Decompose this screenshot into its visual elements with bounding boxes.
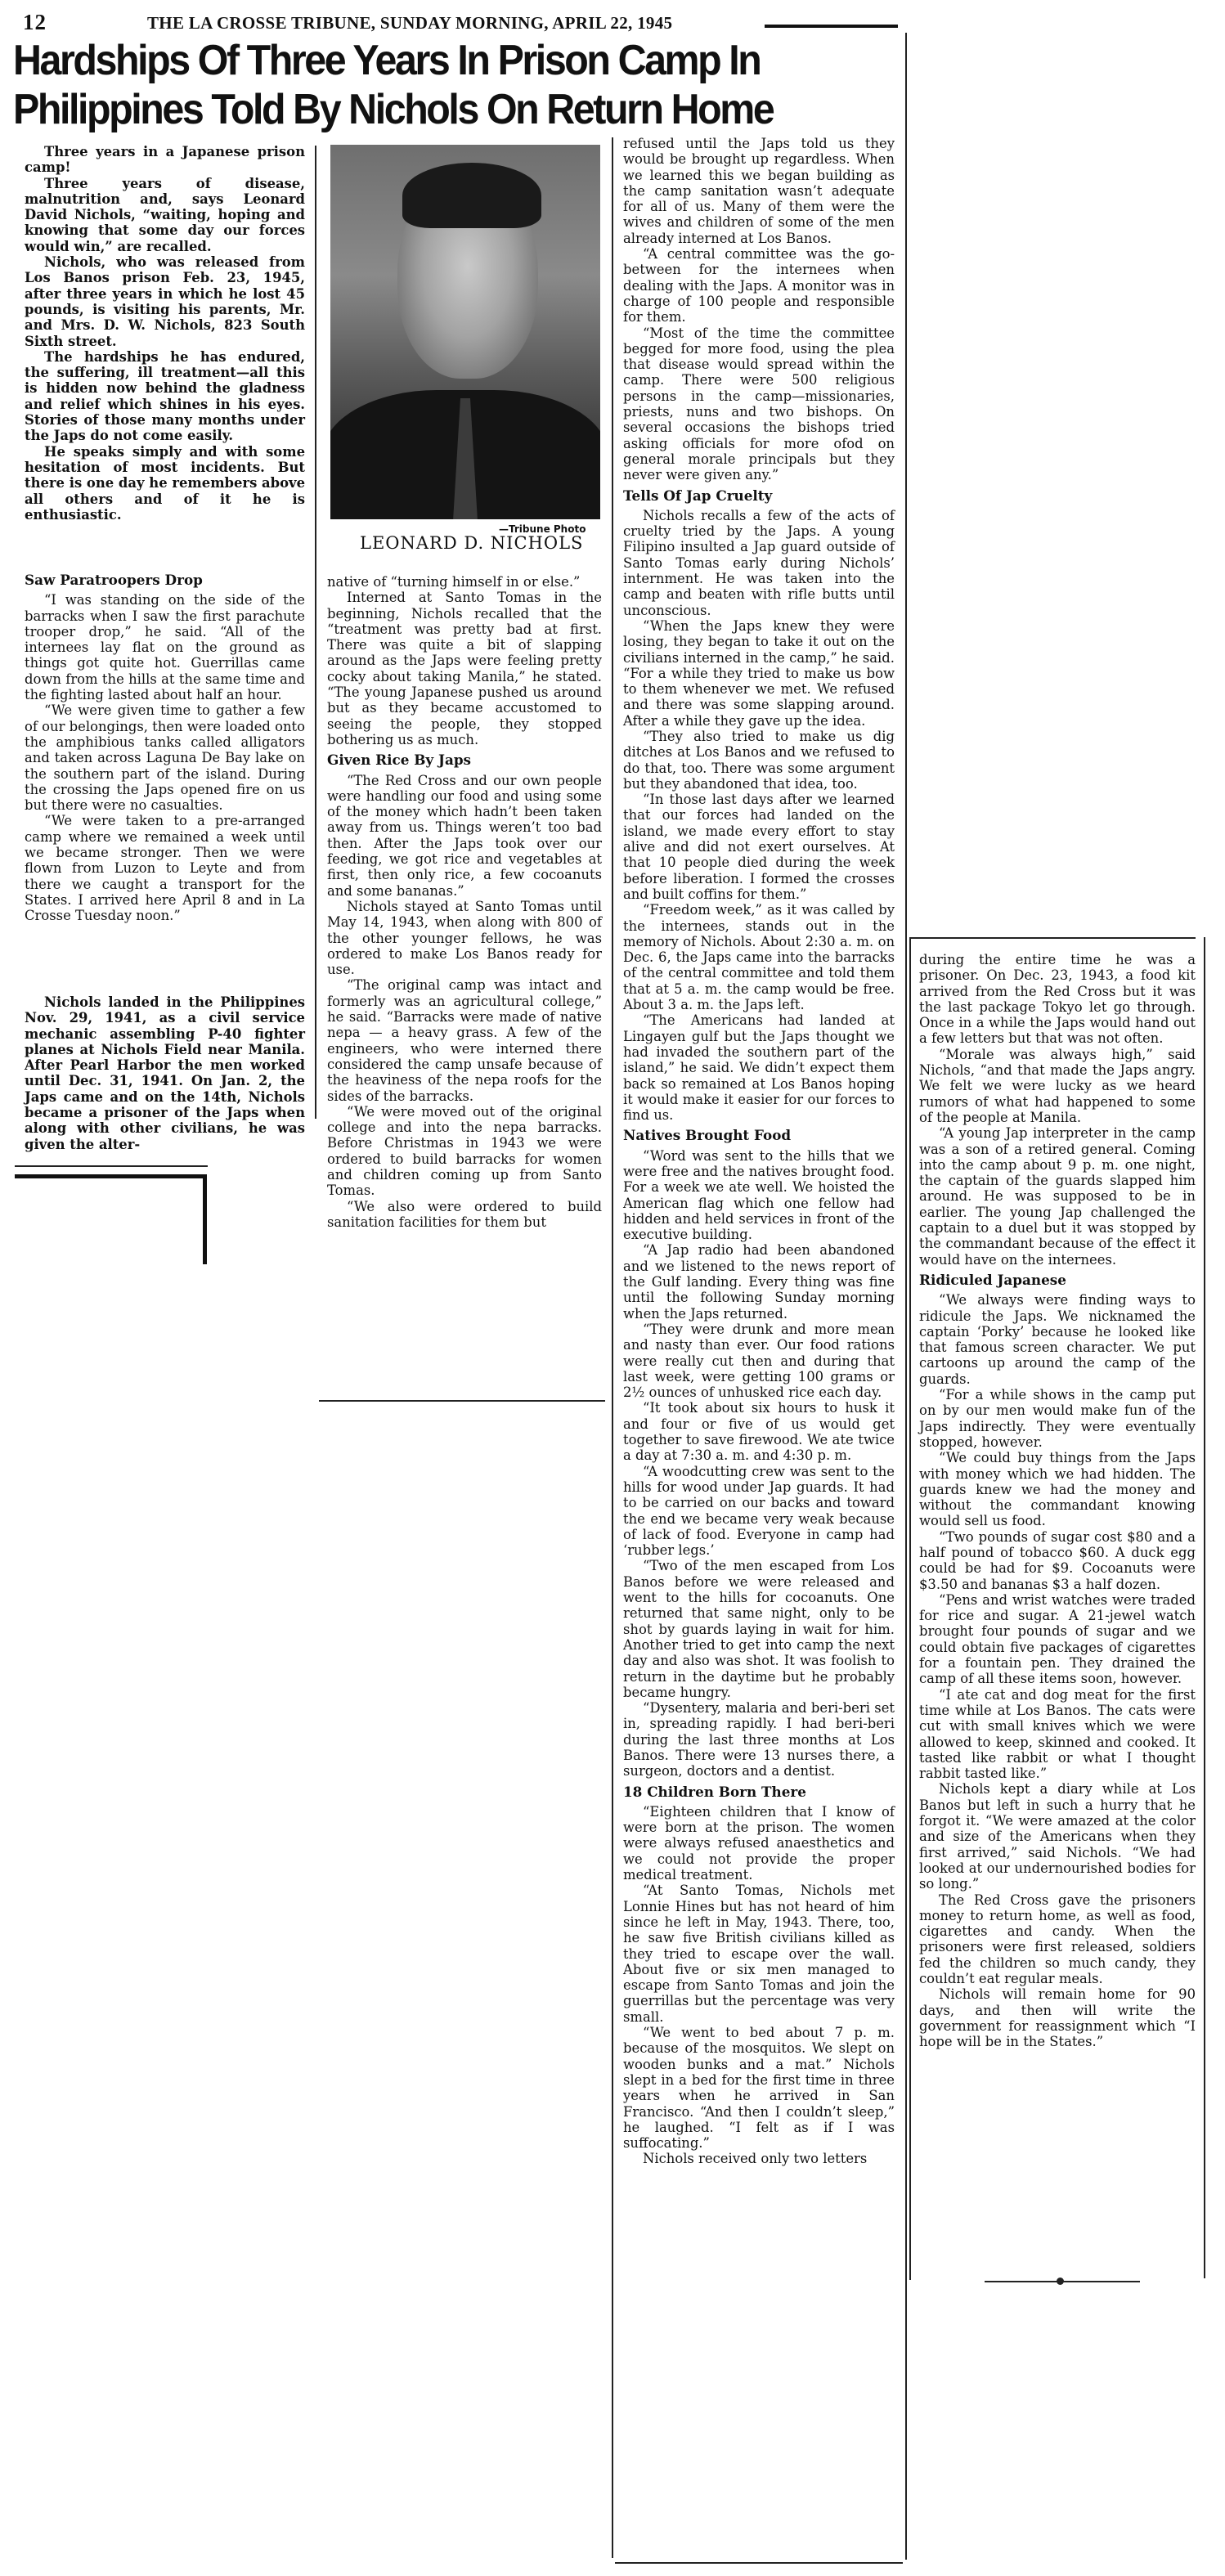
- column-1-bold-section: Nichols landed in the Philippines Nov. 2…: [25, 994, 305, 1152]
- paragraph: “Word was sent to the hills that we were…: [623, 1148, 895, 1243]
- masthead: 12 THE LA CROSSE TRIBUNE, SUNDAY MORNING…: [0, 8, 898, 34]
- adjacent-box-right-border: [203, 1174, 207, 1264]
- paragraph: native of “turning himself in or else.”: [327, 574, 602, 590]
- paragraph: refused until the Japs told us they woul…: [623, 136, 895, 246]
- paragraph: “The original camp was intact and former…: [327, 977, 602, 1103]
- paragraph: “Morale was always high,” said Nichols, …: [919, 1047, 1196, 1125]
- paragraph: “We could buy things from the Japs with …: [919, 1450, 1196, 1528]
- paragraph: Nichols stayed at Santo Tomas until May …: [327, 899, 602, 977]
- paragraph: Three years in a Japanese prison camp!: [25, 144, 305, 176]
- dateline-rule: [765, 25, 898, 28]
- paragraph: Nichols received only two letters: [623, 2151, 895, 2166]
- headline-line-2: Philippines Told By Nichols On Return Ho…: [13, 85, 834, 134]
- column-4-top-rule: [909, 937, 1196, 939]
- paragraph: “A Jap radio had been abandoned and we l…: [623, 1242, 895, 1321]
- paragraph: “We also were ordered to build sanitatio…: [327, 1199, 602, 1231]
- paragraph: Nichols will remain home for 90 days, an…: [919, 1986, 1196, 2049]
- subhead-18-children-born-there: 18 Children Born There: [623, 1784, 895, 1800]
- portrait-photo: [330, 145, 600, 519]
- paragraph: “Two pounds of sugar cost $80 and a half…: [919, 1529, 1196, 1592]
- paragraph: “We went to bed about 7 p. m. because of…: [623, 2025, 895, 2151]
- paragraph: during the entire time he was a prisoner…: [919, 952, 1196, 1047]
- column-1-section: Saw Paratroopers Drop “I was standing on…: [25, 568, 305, 924]
- paragraph: “We were taken to a pre-arranged camp wh…: [25, 813, 305, 923]
- column-rule-4: [909, 939, 911, 2280]
- paragraph: “When the Japs knew they were losing, th…: [623, 618, 895, 729]
- subhead-tells-of-jap-cruelty: Tells Of Jap Cruelty: [623, 488, 895, 504]
- paragraph: The Red Cross gave the prisoners money t…: [919, 1892, 1196, 1987]
- adjacent-box-top-border: [15, 1174, 206, 1178]
- paragraph: “We always were finding ways to ridicule…: [919, 1292, 1196, 1387]
- subhead-given-rice-by-japs: Given Rice By Japs: [327, 752, 602, 768]
- paragraph: “Two of the men escaped from Los Banos b…: [623, 1558, 895, 1700]
- column-rule-1: [315, 146, 316, 1119]
- dateline: THE LA CROSSE TRIBUNE, SUNDAY MORNING, A…: [147, 13, 672, 34]
- headline: Hardships Of Three Years In Prison Camp …: [13, 36, 834, 134]
- subhead-ridiculed-japanese: Ridiculed Japanese: [919, 1272, 1196, 1288]
- paragraph: “Eighteen children that I know of were b…: [623, 1804, 895, 1883]
- column-rule-2: [612, 137, 613, 2558]
- column-1: Three years in a Japanese prison camp! T…: [25, 144, 305, 523]
- paragraph: “At Santo Tomas, Nichols met Lonnie Hine…: [623, 1883, 895, 2025]
- column-rule-3: [905, 33, 907, 2560]
- paragraph: “They also tried to make us dig ditches …: [623, 729, 895, 792]
- photo-hair: [402, 163, 541, 228]
- paragraph: “We were moved out of the original colle…: [327, 1104, 602, 1199]
- paragraph: “The Red Cross and our own people were h…: [327, 773, 602, 899]
- paragraph: Nichols kept a diary while at Los Banos …: [919, 1781, 1196, 1892]
- paragraph: “A woodcutting crew was sent to the hill…: [623, 1464, 895, 1559]
- paragraph: “We were given time to gather a few of o…: [25, 702, 305, 813]
- column-1-end-rule: [15, 1165, 208, 1167]
- paragraph: “It took about six hours to husk it and …: [623, 1400, 895, 1463]
- paragraph: He speaks simply and with some hesitatio…: [25, 444, 305, 523]
- paragraph: Interned at Santo Tomas in the beginning…: [327, 590, 602, 747]
- page-number: 12: [23, 10, 47, 35]
- paragraph: “The Americans had landed at Lingayen gu…: [623, 1012, 895, 1123]
- photo-caption: LEONARD D. NICHOLS: [360, 533, 583, 553]
- paragraph: “Freedom week,” as it was called by the …: [623, 902, 895, 1012]
- column-2-end-rule: [319, 1400, 605, 1402]
- paragraph: “Pens and wrist watches were traded for …: [919, 1592, 1196, 1687]
- column-4: during the entire time he was a prisoner…: [919, 952, 1196, 2049]
- column-2: native of “turning himself in or else.” …: [327, 574, 602, 1230]
- column-4-right-rule: [1204, 937, 1205, 2278]
- headline-line-1: Hardships Of Three Years In Prison Camp …: [13, 36, 834, 85]
- paragraph: Nichols landed in the Philippines Nov. 2…: [25, 994, 305, 1152]
- lead-paragraphs: Three years in a Japanese prison camp! T…: [25, 144, 305, 523]
- paragraph: “They were drunk and more mean and nasty…: [623, 1322, 895, 1400]
- paragraph: “Dysentery, malaria and beri-beri set in…: [623, 1700, 895, 1779]
- paragraph: “In those last days after we learned tha…: [623, 792, 895, 902]
- paragraph: Nichols, who was released from Los Banos…: [25, 254, 305, 349]
- paragraph: The hardships he has endured, the suffer…: [25, 349, 305, 444]
- column-3: refused until the Japs told us they woul…: [623, 136, 895, 2167]
- paragraph: Three years of disease, malnutrition and…: [25, 176, 305, 254]
- paragraph: “For a while shows in the camp put on by…: [919, 1387, 1196, 1450]
- paragraph: “I was standing on the side of the barra…: [25, 592, 305, 702]
- paragraph: “A young Jap interpreter in the camp was…: [919, 1125, 1196, 1268]
- article-end-dot: [1057, 2278, 1064, 2285]
- paragraph: “I ate cat and dog meat for the first ti…: [919, 1687, 1196, 1782]
- subhead-saw-paratroopers-drop: Saw Paratroopers Drop: [25, 572, 305, 588]
- column-3-end-rule: [615, 2562, 903, 2564]
- paragraph: Nichols recalls a few of the acts of cru…: [623, 508, 895, 618]
- paragraph: “Most of the time the committee begged f…: [623, 325, 895, 483]
- subhead-natives-brought-food: Natives Brought Food: [623, 1128, 895, 1143]
- paragraph: “A central committee was the go-between …: [623, 246, 895, 325]
